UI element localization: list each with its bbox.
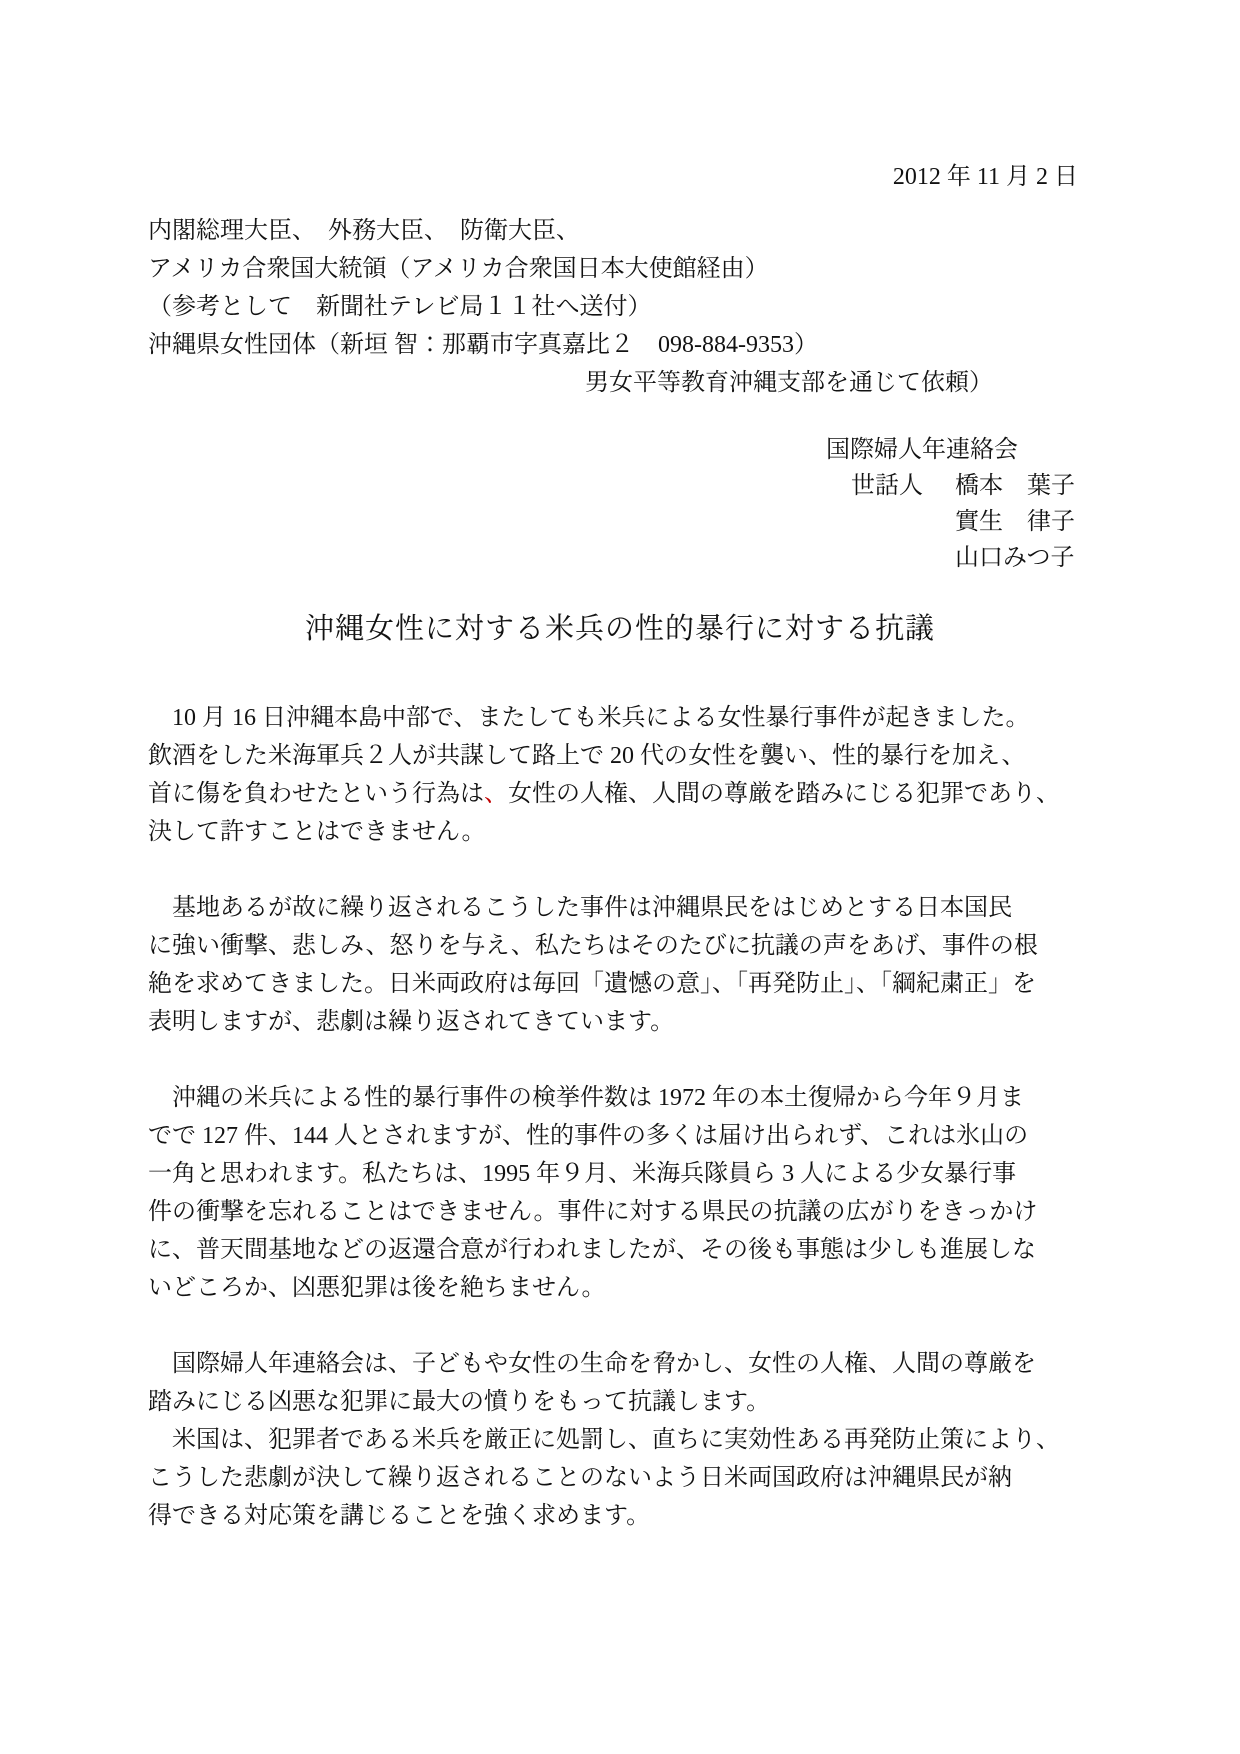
paragraph-4: 国際婦人年連絡会は、子どもや女性の生命を脅かし、女性の人権、人間の尊厳を 踏みに… (148, 1345, 1092, 1421)
paragraph-1: 10 月 16 日沖縄本島中部で、またしても米兵による女性暴行事件が起きました。… (148, 699, 1092, 851)
recipient-line-ministers: 内閣総理大臣、 外務大臣、 防衛大臣、 (148, 212, 1092, 250)
via-line: 男女平等教育沖縄支部を通じて依頼） (148, 364, 1092, 402)
recipient-line-president: アメリカ合衆国大統領（アメリカ合衆国日本大使館経由） (148, 250, 1092, 288)
recipient-line-press-cc: （参考として 新聞社テレビ局１１社へ送付） (148, 288, 1092, 326)
sender-name-2: 實生 律子 (955, 509, 1075, 535)
red-comma: 、 (484, 781, 508, 807)
recipient-block: 内閣総理大臣、 外務大臣、 防衛大臣、 アメリカ合衆国大統領（アメリカ合衆国日本… (148, 212, 1092, 364)
letter-page: 2012 年 11 月 2 日 内閣総理大臣、 外務大臣、 防衛大臣、 アメリカ… (0, 0, 1240, 1754)
paragraph-3: 沖縄の米兵による性的暴行事件の検挙件数は 1972 年の本土復帰から今年９月ま … (148, 1079, 1092, 1307)
sender-organization: 国際婦人年連絡会 (826, 432, 1075, 468)
sender-line: 山口みつ子 (826, 540, 1075, 576)
sender-line: 世話人橋本 葉子 (826, 468, 1075, 504)
sender-name-3: 山口みつ子 (955, 545, 1075, 571)
paragraph-2: 基地あるが故に繰り返されるこうした事件は沖縄県民をはじめとする日本国民 に強い衝… (148, 889, 1092, 1041)
sender-block: 国際婦人年連絡会 世話人橋本 葉子 實生 律子 山口みつ子 (826, 432, 1075, 576)
date-line: 2012 年 11 月 2 日 (148, 158, 1092, 196)
sender-role: 世話人 (826, 468, 955, 504)
recipient-line-okinawa-group: 沖縄県女性団体（新垣 智：那覇市字真嘉比２ 098-884-9353） (148, 326, 1092, 364)
sender-name-1: 橋本 葉子 (955, 473, 1075, 499)
paragraph-5: 米国は、犯罪者である米兵を厳正に処罰し、直ちに実効性ある再発防止策により、 こう… (148, 1421, 1092, 1535)
letter-title: 沖縄女性に対する米兵の性的暴行に対する抗議 (148, 606, 1092, 647)
sender-line: 實生 律子 (826, 504, 1075, 540)
